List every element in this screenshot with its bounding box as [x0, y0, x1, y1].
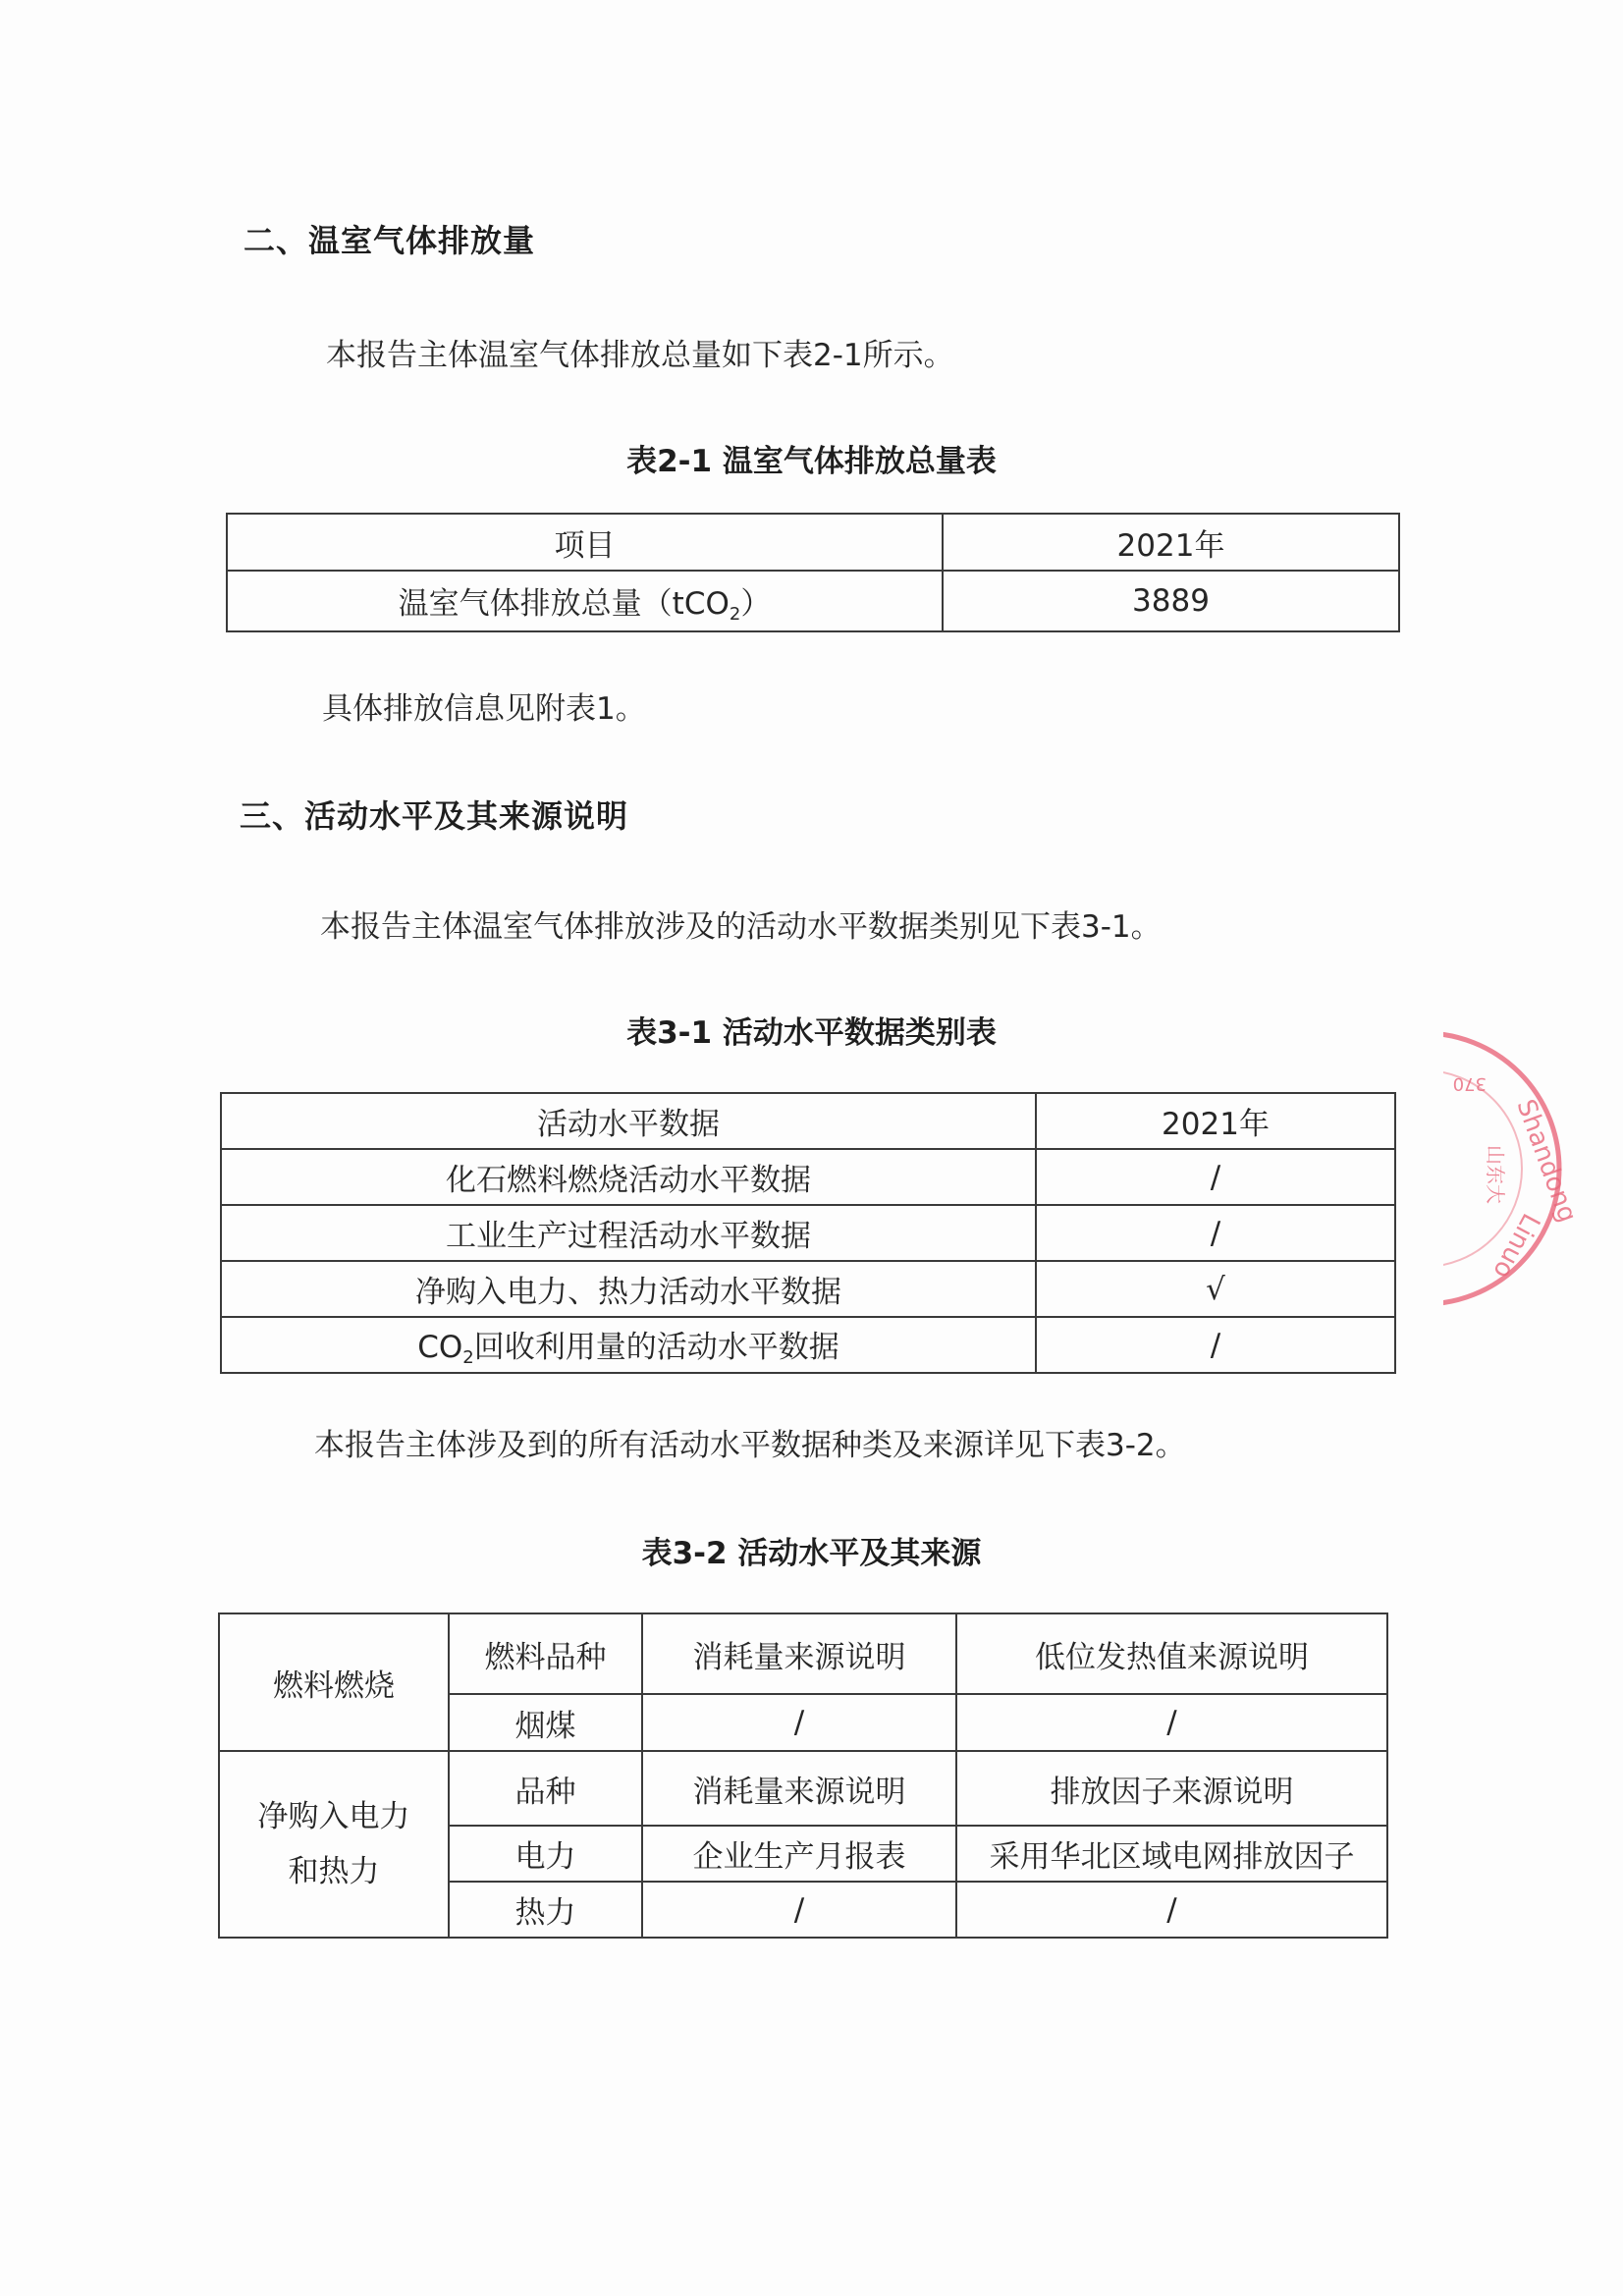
section3-intro2: 本报告主体涉及到的所有活动水平数据种类及来源详见下表3-2。	[314, 1420, 1186, 1464]
section3-intro: 本报告主体温室气体排放涉及的活动水平数据类别见下表3-1。	[320, 902, 1162, 946]
row-label: 净购入电力、热力活动水平数据	[221, 1261, 1036, 1317]
table-3-2-caption: 表3-2 活动水平及其来源	[0, 1528, 1623, 1572]
group-label-fuel-combustion: 燃料燃烧	[219, 1613, 449, 1751]
section2-note: 具体排放信息见附表1。	[322, 683, 646, 728]
cell-consumption: 企业生产月报表	[642, 1826, 956, 1882]
cell-emission-factor: /	[956, 1882, 1387, 1938]
header-cell-activity-data: 活动水平数据	[221, 1093, 1036, 1149]
table-row: 净购入电力 和热力 品种 消耗量来源说明 排放因子来源说明	[219, 1751, 1387, 1826]
stamp-text-cn: 山东大	[1484, 1145, 1507, 1204]
row-value-ghg-total: 3889	[943, 571, 1399, 631]
cell-type: 热力	[449, 1882, 642, 1938]
header-cell-year: 2021年	[943, 514, 1399, 571]
table-header-row: 活动水平数据 2021年	[221, 1093, 1395, 1149]
cell-fuel: 烟煤	[449, 1694, 642, 1751]
header-cell-emission-factor-source: 排放因子来源说明	[956, 1751, 1387, 1826]
cell-type: 电力	[449, 1826, 642, 1882]
row-value: /	[1036, 1205, 1395, 1261]
row-label: 工业生产过程活动水平数据	[221, 1205, 1036, 1261]
table-2-1-ghg-total: 项目 2021年 温室气体排放总量（tCO2） 3889	[226, 513, 1400, 632]
table-3-1-activity-categories: 活动水平数据 2021年 化石燃料燃烧活动水平数据 / 工业生产过程活动水平数据…	[220, 1092, 1396, 1374]
header-cell-consumption-source: 消耗量来源说明	[642, 1613, 956, 1694]
header-cell-type: 品种	[449, 1751, 642, 1826]
row-label: CO2回收利用量的活动水平数据	[221, 1317, 1036, 1373]
header-cell-ncv-source: 低位发热值来源说明	[956, 1613, 1387, 1694]
row-label: 化石燃料燃烧活动水平数据	[221, 1149, 1036, 1205]
company-seal-stamp: 370 Shandong Linuo 山东大	[1443, 1021, 1623, 1316]
table-3-1-caption: 表3-1 活动水平数据类别表	[0, 1008, 1623, 1052]
cell-consumption: /	[642, 1882, 956, 1938]
cell-emission-factor: 采用华北区域电网排放因子	[956, 1826, 1387, 1882]
row-value: /	[1036, 1149, 1395, 1205]
table-row: CO2回收利用量的活动水平数据 /	[221, 1317, 1395, 1373]
table-row: 净购入电力、热力活动水平数据 √	[221, 1261, 1395, 1317]
table-3-2-activity-sources: 燃料燃烧 燃料品种 消耗量来源说明 低位发热值来源说明 烟煤 / / 净购入电力…	[218, 1613, 1388, 1939]
stamp-code: 370	[1453, 1073, 1487, 1094]
table-header-row: 项目 2021年	[227, 514, 1399, 571]
section-heading-ghg-emissions: 二、温室气体排放量	[243, 216, 535, 261]
row-value: /	[1036, 1317, 1395, 1373]
table-row: 燃料燃烧 燃料品种 消耗量来源说明 低位发热值来源说明	[219, 1613, 1387, 1694]
cell-ncv: /	[956, 1694, 1387, 1751]
row-value: √	[1036, 1261, 1395, 1317]
header-cell-consumption-source: 消耗量来源说明	[642, 1751, 956, 1826]
table-2-1-caption: 表2-1 温室气体排放总量表	[0, 436, 1623, 480]
header-cell-year: 2021年	[1036, 1093, 1395, 1149]
table-row: 化石燃料燃烧活动水平数据 /	[221, 1149, 1395, 1205]
table-row: 工业生产过程活动水平数据 /	[221, 1205, 1395, 1261]
table-row: 温室气体排放总量（tCO2） 3889	[227, 571, 1399, 631]
row-label-ghg-total: 温室气体排放总量（tCO2）	[227, 571, 943, 631]
group-label-net-purchased-power-heat: 净购入电力 和热力	[219, 1751, 449, 1938]
section2-intro: 本报告主体温室气体排放总量如下表2-1所示。	[326, 330, 954, 374]
header-cell-fuel-type: 燃料品种	[449, 1613, 642, 1694]
section-heading-activity-level: 三、活动水平及其来源说明	[240, 792, 628, 837]
header-cell-item: 项目	[227, 514, 943, 571]
cell-consumption: /	[642, 1694, 956, 1751]
